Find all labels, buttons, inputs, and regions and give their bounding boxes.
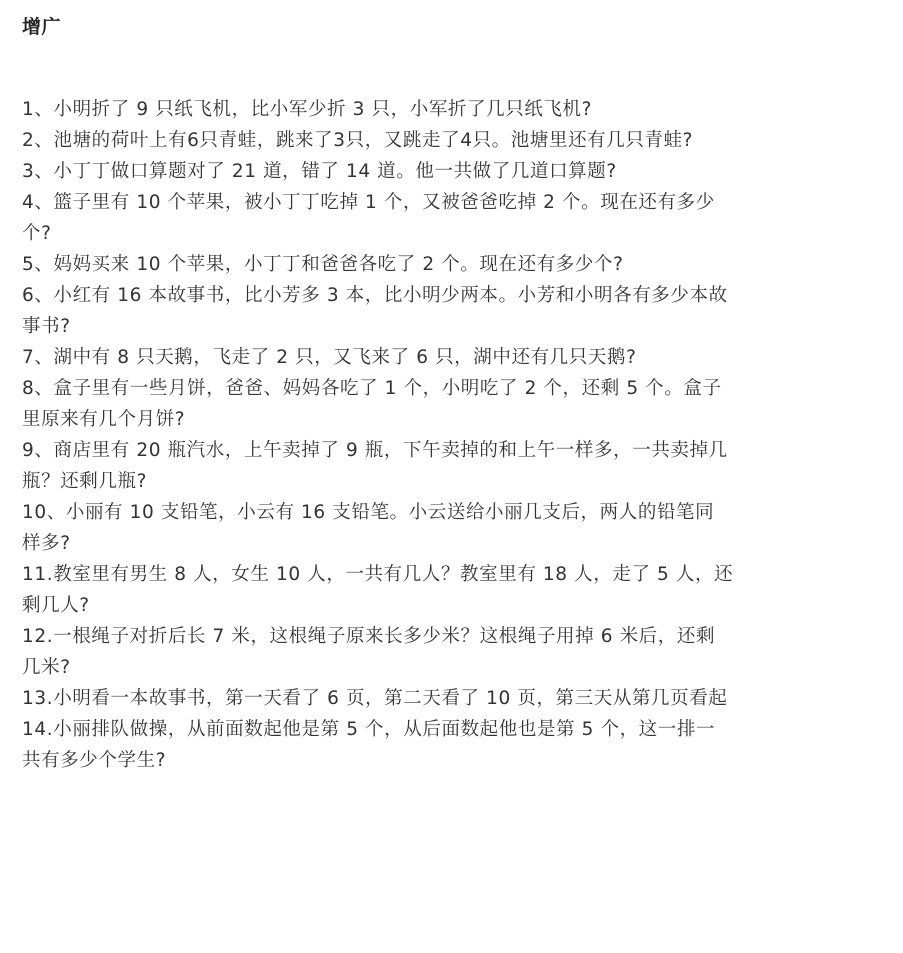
document-page: 增广 1、小明折了 9 只纸飞机，比小军少折 3 只，小军折了几只纸飞机? 2、… bbox=[0, 0, 903, 953]
problem-line: 14.小丽排队做操，从前面数起他是第 5 个，从后面数起他也是第 5 个，这一排… bbox=[22, 714, 903, 745]
problem-line-continuation: 瓶？还剩几瓶? bbox=[22, 466, 903, 497]
problem-line-continuation: 里原来有几个月饼? bbox=[22, 404, 903, 435]
problem-list: 1、小明折了 9 只纸飞机，比小军少折 3 只，小军折了几只纸飞机? 2、池塘的… bbox=[22, 94, 903, 776]
problem-line: 13.小明看一本故事书，第一天看了 6 页，第二天看了 10 页，第三天从第几页… bbox=[22, 683, 903, 714]
problem-line: 1、小明折了 9 只纸飞机，比小军少折 3 只，小军折了几只纸飞机? bbox=[22, 94, 903, 125]
problem-line: 6、小红有 16 本故事书，比小芳多 3 本，比小明少两本。小芳和小明各有多少本… bbox=[22, 280, 903, 311]
problem-line: 3、小丁丁做口算题对了 21 道，错了 14 道。他一共做了几道口算题? bbox=[22, 156, 903, 187]
problem-line: 2、池塘的荷叶上有6只青蛙，跳来了3只，又跳走了4只。池塘里还有几只青蛙? bbox=[22, 125, 903, 156]
problem-line-continuation: 共有多少个学生? bbox=[22, 745, 903, 776]
problem-line: 10、小丽有 10 支铅笔，小云有 16 支铅笔。小云送给小丽几支后，两人的铅笔… bbox=[22, 497, 903, 528]
problem-line: 4、篮子里有 10 个苹果，被小丁丁吃掉 1 个，又被爸爸吃掉 2 个。现在还有… bbox=[22, 187, 903, 218]
problem-line: 5、妈妈买来 10 个苹果，小丁丁和爸爸各吃了 2 个。现在还有多少个? bbox=[22, 249, 903, 280]
problem-line: 7、湖中有 8 只天鹅，飞走了 2 只，又飞来了 6 只，湖中还有几只天鹅? bbox=[22, 342, 903, 373]
problem-line-continuation: 几米? bbox=[22, 652, 903, 683]
problem-line: 8、盒子里有一些月饼，爸爸、妈妈各吃了 1 个，小明吃了 2 个，还剩 5 个。… bbox=[22, 373, 903, 404]
problem-line: 9、商店里有 20 瓶汽水，上午卖掉了 9 瓶，下午卖掉的和上午一样多，一共卖掉… bbox=[22, 435, 903, 466]
problem-line-continuation: 样多? bbox=[22, 528, 903, 559]
problem-line: 11.教室里有男生 8 人，女生 10 人，一共有几人？教室里有 18 人，走了… bbox=[22, 559, 903, 590]
problem-line-continuation: 剩几人? bbox=[22, 590, 903, 621]
problem-line-continuation: 事书? bbox=[22, 311, 903, 342]
document-title: 增广 bbox=[22, 12, 61, 39]
problem-line-continuation: 个? bbox=[22, 218, 903, 249]
problem-line: 12.一根绳子对折后长 7 米，这根绳子原来长多少米？这根绳子用掉 6 米后，还… bbox=[22, 621, 903, 652]
